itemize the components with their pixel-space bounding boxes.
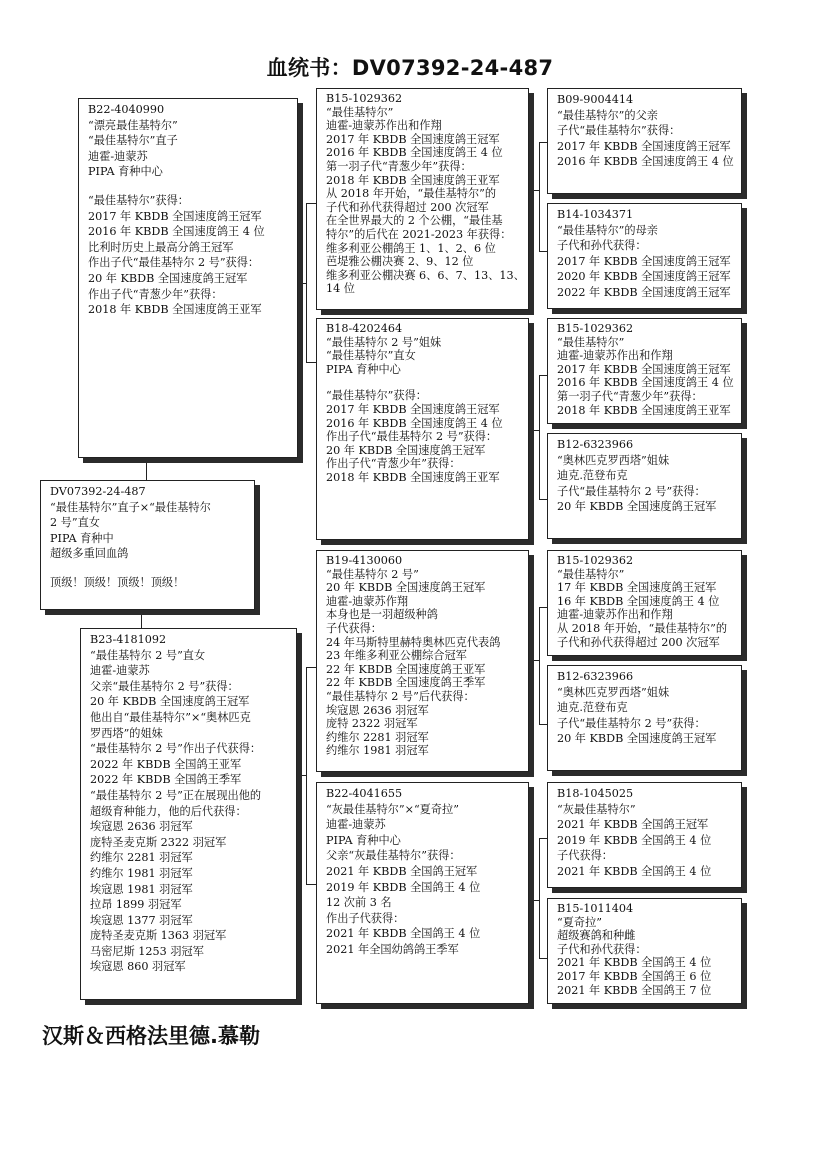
pedigree-card-ssd: B14-1034371 “最佳基特尔”的母亲 子代和孙代获得： 2017 年 K… <box>547 203 742 309</box>
connector-dd-bracket <box>539 838 540 959</box>
connector-sire-subject <box>146 458 147 480</box>
connector-sire-bracket <box>306 203 307 363</box>
connector-sd-stub <box>306 362 316 363</box>
connector-subject-dam <box>141 610 142 628</box>
connector-dam-bracket <box>306 667 307 885</box>
pedigree-card-subject: DV07392-24-487 “最佳基特尔”直子×“最佳基特尔 2 号”直女 P… <box>40 480 255 610</box>
ring-number: B22-4040990 <box>88 102 297 118</box>
breeder-name: 汉斯＆西格法里德.慕勒 <box>42 1020 260 1050</box>
connector-sdd-stub <box>539 499 547 500</box>
pedigree-card-sire-sire: B15-1029362 “最佳基特尔” 迪霍-迪蒙苏作出和作翔 2017 年 K… <box>316 88 529 310</box>
pedigree-card-dam: B23-4181092 “最佳基特尔 2 号”直女 迪霍-迪蒙苏 父亲“最佳基特… <box>80 628 297 1000</box>
ring-number: B09-9004414 <box>557 92 741 108</box>
connector-ss-bracket <box>539 142 540 252</box>
ring-number: B18-4202464 <box>326 322 528 336</box>
pedigree-card-sdd: B12-6323966 “奥林匹克罗西塔”姐妹 迪克.范登布克 子代“最佳基特尔… <box>547 433 742 539</box>
ring-number: B22-4041655 <box>326 786 528 802</box>
ring-number: B15-1011404 <box>557 902 741 916</box>
ring-number: B14-1034371 <box>557 207 741 223</box>
connector-ss-stub <box>306 203 316 204</box>
ring-number: DV07392-24-487 <box>50 484 254 500</box>
connector-ddd-stub <box>539 958 547 959</box>
ring-number: B23-4181092 <box>90 632 296 648</box>
ring-number: B15-1029362 <box>557 554 741 568</box>
ring-number: B15-1029362 <box>557 322 741 336</box>
connector-ds-stub <box>306 667 316 668</box>
pedigree-card-dsd: B12-6323966 “奥林匹克罗西塔”姐妹 迪克.范登布克 子代“最佳基特尔… <box>547 665 742 771</box>
connector-sds-stub <box>539 375 547 376</box>
ring-number: B12-6323966 <box>557 437 741 453</box>
ring-number: B12-6323966 <box>557 669 741 685</box>
pedigree-card-sire: B22-4040990 “漂亮最佳基特尔” “最佳基特尔”直子 迪霍-迪蒙苏 P… <box>78 98 298 458</box>
pedigree-card-sds: B15-1029362 “最佳基特尔” 迪霍-迪蒙苏作出和作翔 2017 年 K… <box>547 318 742 424</box>
ring-number: B18-1045025 <box>557 786 741 802</box>
pedigree-card-dds: B18-1045025 “灰最佳基特尔” 2021 年 KBDB 全国鸽王冠军 … <box>547 782 742 888</box>
connector-dds-stub <box>539 838 547 839</box>
connector-dd-stub <box>306 884 316 885</box>
connector-dss-stub <box>539 607 547 608</box>
pedigree-card-dss: B15-1029362 “最佳基特尔” 17 年 KBDB 全国速度鸽王冠军 1… <box>547 550 742 656</box>
connector-sss-stub <box>539 142 547 143</box>
connector-ssd-stub <box>539 251 547 252</box>
connector-sd-bracket <box>539 375 540 500</box>
pedigree-card-dam-sire: B19-4130060 “最佳基特尔 2 号” 20 年 KBDB 全国速度鸽王… <box>316 550 529 772</box>
pedigree-card-dam-dam: B22-4041655 “灰最佳基特尔”×“夏奇拉” 迪霍-迪蒙苏 PIPA 育… <box>316 782 529 1004</box>
pedigree-card-ddd: B15-1011404 “夏奇拉” 超级赛鸽和种雌 子代和孙代获得： 2021 … <box>547 898 742 1004</box>
pedigree-card-sire-dam: B18-4202464 “最佳基特尔 2 号”姐妹 “最佳基特尔”直女 PIPA… <box>316 318 529 540</box>
connector-dsd-stub <box>539 724 547 725</box>
ring-number: B19-4130060 <box>326 554 528 568</box>
highlight-text: 顶级！顶级！顶级！顶级！ <box>50 575 254 591</box>
connector-ds-bracket <box>539 607 540 725</box>
ring-number: B15-1029362 <box>326 92 528 106</box>
document-title: 血统书：DV07392-24-487 <box>0 52 820 82</box>
pedigree-card-sss: B09-9004414 “最佳基特尔”的父亲 子代“最佳基特尔”获得： 2017… <box>547 88 742 194</box>
